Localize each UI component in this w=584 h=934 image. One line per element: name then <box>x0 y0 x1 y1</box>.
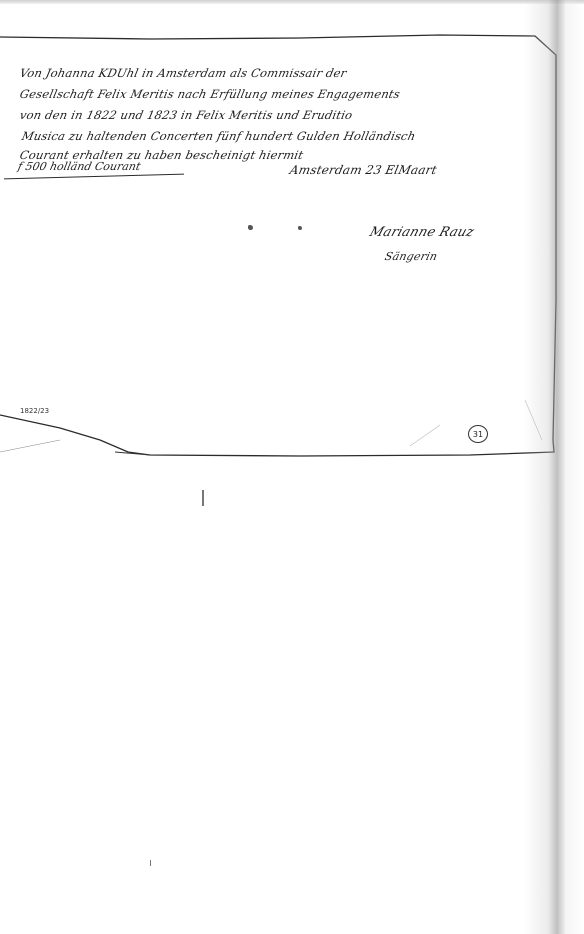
signature-name: Marianne Rauz <box>368 225 476 240</box>
scan-artifact <box>202 490 204 506</box>
page-edge-shadow <box>524 0 584 934</box>
body-line-4: Musica zu haltenden Concerten fünf hunde… <box>21 129 417 143</box>
body-line-2: Gesellschaft Felix Meritis nach Erfüllun… <box>19 87 402 101</box>
body-line-1: Von Johanna KDUhl in Amsterdam als Commi… <box>19 66 348 80</box>
ink-spot <box>248 225 253 230</box>
receipt-slip: Von Johanna KDUhl in Amsterdam als Commi… <box>0 0 584 470</box>
reference-note: 1822/23 <box>20 407 49 415</box>
place-date: Amsterdam 23 ElMaart <box>289 163 439 177</box>
folio-number-badge: 31 <box>468 425 488 443</box>
signature-role: Sängerin <box>383 250 438 263</box>
ink-spot <box>298 226 302 230</box>
body-line-3: von den in 1822 und 1823 in Felix Meriti… <box>19 108 354 122</box>
scan-artifact <box>150 860 151 866</box>
amount-text: f 500 holländ Courant <box>17 160 142 173</box>
scanned-page: Von Johanna KDUhl in Amsterdam als Commi… <box>0 0 584 934</box>
